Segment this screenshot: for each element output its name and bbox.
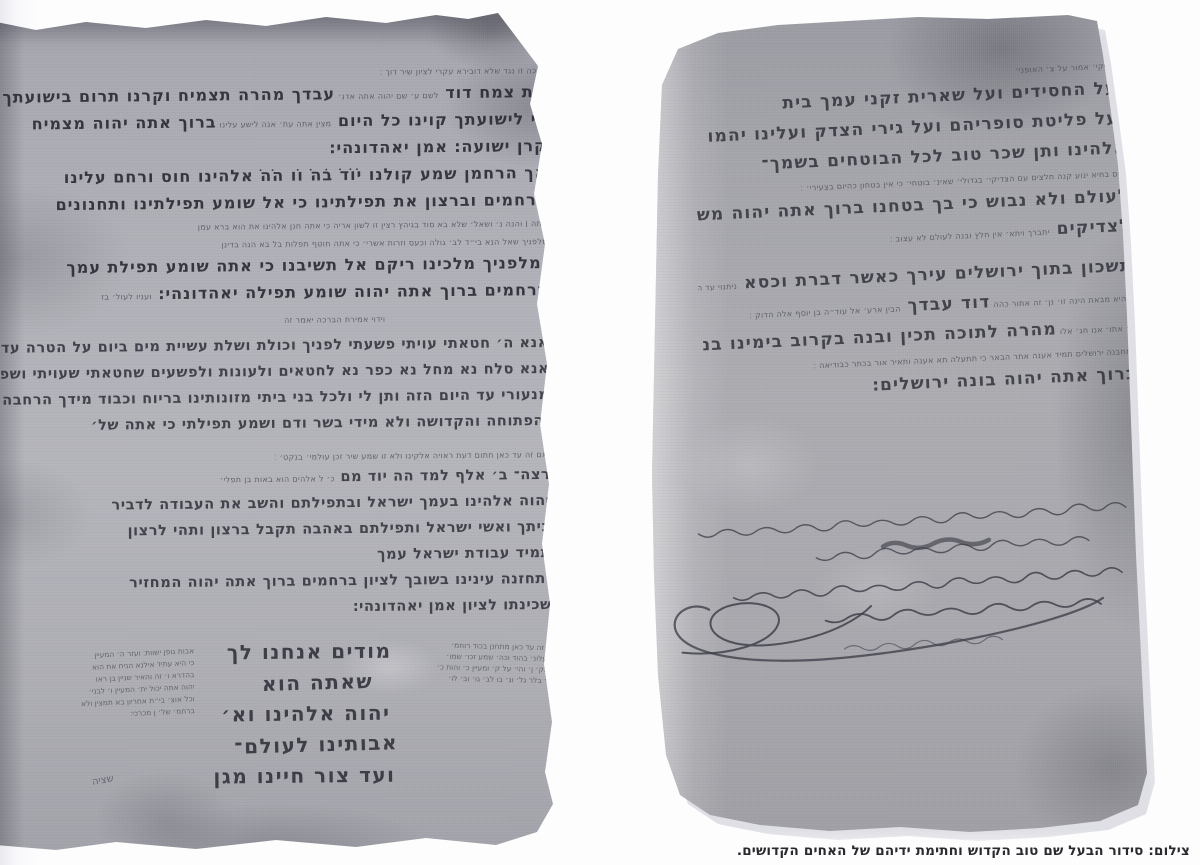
manuscript-segment: לשם ע׳ שם יהוה אתה אדנ׳: [335, 91, 439, 101]
manuscript-segment: ברוך אתה יהוה בונה ירושלים׃: [872, 364, 1138, 396]
manuscript-segment: ואם זה עד כאן חתום דעת ראויה אלקינו ולא …: [274, 450, 550, 462]
left-page-text-block: ברכה זו נגד שלא דובירא עקרי לציון שיר דו…: [0, 60, 554, 795]
signature-loop-left: [681, 599, 873, 654]
manuscript-line: ועד צור חיינו מגן: [189, 759, 419, 792]
manuscript-segment: אתה ׀ והנה נ׳ ושאל׳ שלא בא סוד בגיהץ רצי…: [198, 219, 548, 232]
modim-prayer-block: כי זה עד כאן מתחנן בכוד רוחמ׳מעלונ׳ בהוד…: [4, 634, 554, 795]
manuscript-line: מודים אנחנו לך: [194, 635, 424, 668]
manuscript-segment: תמיד עבודת ישראל עמך: [377, 545, 551, 563]
manuscript-segment: והפתוחה והקדושה ולא מידי בשר ודם ושמע תפ…: [91, 413, 550, 434]
signature-flourish-1: [698, 502, 1126, 537]
manuscript-segment: ביתך ואשי ישראל ותפילתם באהבה תקבל ברצון…: [127, 519, 551, 539]
manuscript-segment: אך הרחמן שמע קולנו יֹוֹדֹ בֹהֹ וֹו הֹהֹ …: [64, 163, 548, 187]
manuscript-line: שאתה הוא: [202, 664, 433, 701]
manuscript-segment: ברוך אתה יהוה מצמיח: [32, 112, 217, 133]
manuscript-segment: אנא סלח נא מחל נא כפר נא לחטאים ולעונות …: [1, 361, 549, 384]
manuscript-segment: מצין אתה עת׳ אנה לישע עלינו: [217, 119, 332, 129]
left-manuscript-page: ברכה זו נגד שלא דובירא עקרי לציון שיר דו…: [0, 4, 558, 854]
manuscript-segment: רצה־ ב׳ אלף למד הה יוד מם: [335, 467, 551, 485]
modim-main-lines: מודים אנחנו לךשאתה הואיהוה אלהינו וא׳אבו…: [194, 635, 426, 792]
manuscript-line: אבותינו לעולם־: [201, 726, 432, 763]
manuscript-segment: לצדיקים: [1049, 216, 1131, 240]
caption-text: צילום: סידור הבעל שם טוב הקדוש וחתימת יד…: [737, 843, 1190, 859]
manuscript-segment: דוד עבדך: [900, 292, 991, 316]
modim-right-glosses: כי זה עד כאן מתחנן בכוד רוחמ׳מעלונ׳ בהוד…: [424, 634, 553, 685]
manuscript-line: שכינתו לציון אמן יאהדונהי׃: [4, 592, 552, 624]
handwritten-signatures-block: [657, 477, 1143, 674]
manuscript-segment: אנא ה׳ חטאתי עויתי פשעתי לפניך וכולת ושל…: [1, 335, 549, 357]
manuscript-segment: את צמח דוד: [439, 82, 547, 102]
right-manuscript-page: והצדיקי׳ אמור על צ׳ האופני׳ועל החסידים ו…: [648, 15, 1153, 833]
manuscript-segment: כ׳ ל אלהים הוא באות בן תפלי׳: [220, 474, 335, 484]
right-page-lines: והצדיקי׳ אמור על צ׳ האופני׳ועל החסידים ו…: [688, 55, 1138, 408]
manuscript-line: יהוה אלהינו וא׳: [191, 697, 421, 730]
manuscript-segment: וידוי אמירת הברכה יאמר זה: [284, 315, 385, 325]
modim-margin-notes: אבות גופן ישוות׃ ועזר ה׳ המעייןכי היא עת…: [44, 638, 195, 722]
manuscript-segment: מלפניך שאל הנא בי״ד לב׳ גולה וכעס וזרות …: [221, 237, 548, 249]
manuscript-segment: יהוה אלהינו בעמך ישראל ובתפילתם והשב את …: [111, 493, 550, 514]
manuscript-segment: ניתנוי עד הוד דו׳ הראוי׳ לן׳ אשל׳ בין ׃: [697, 282, 737, 297]
signature-flourish-5: [844, 636, 1002, 651]
manuscript-segment: ותחזנה עינינו בשובך לציון ברחמים ברוך את…: [129, 571, 551, 591]
manuscript-segment: שכינתו לציון אמן יאהדונהי׃: [353, 597, 552, 615]
manuscript-segment: ברחמים וברצון את תפילתינו כי אל שומע תפי…: [55, 190, 547, 214]
right-page-text-block: והצדיקי׳ אמור על צ׳ האופני׳ועל החסידים ו…: [688, 55, 1138, 408]
manuscript-segment: ש׳ אתו׳ אנו חג׳ אלו: [1057, 324, 1136, 337]
signature-flourish-3: [733, 567, 1122, 600]
manuscript-segment: עבדך מהרה תצמיח וקרנו תרום בישועתך: [2, 84, 335, 106]
manuscript-segment: והצדיקי׳ אמור על צ׳ האופני׳: [1015, 61, 1124, 75]
manuscript-segment: ל היא מבאת הינה זו׳ נן׳ זה אתור כהה: [990, 294, 1134, 310]
manuscript-segment: ועניו לעול׳ בז: [101, 292, 152, 302]
manuscript-segment: יתברך ויתא׳ אין חלץ ובנה לעולם לא עצוב ׃: [890, 228, 1050, 244]
manuscript-segment: ומלפניך מלכינו ריקם אל תשיבנו כי אתה שומ…: [66, 253, 548, 277]
manuscript-segment: מנעורי עד היום הזה ותן לי ולכל בני ביתי …: [2, 387, 549, 409]
manuscript-segment: כי לישועתך קוינו כל היום: [331, 109, 546, 130]
manuscript-segment: הבין ארע׳ אל עוד״ה בן יוסף אלה הדוק ׃: [749, 304, 901, 320]
signature-flourishes: [657, 477, 1143, 674]
photo-caption: צילום: סידור הבעל שם טוב הקדוש וחתימת יד…: [737, 840, 1190, 859]
manuscript-line: ק׳ בלר גל׳ וג׳ בו לב׳ גו׳ וב׳ לו׳: [424, 672, 552, 686]
right-page-paper: והצדיקי׳ אמור על צ׳ האופני׳ועל החסידים ו…: [648, 15, 1153, 833]
manuscript-segment: ברחמים ברוך אתה יהוה שומע תפילה יאהדונהי…: [152, 280, 549, 303]
manuscript-line: ברחמים ברוך אתה יהוה שומע תפילה יאהדונהי…: [0, 276, 548, 309]
manuscript-segment: ברכה זו נגד שלא דובירא עקרי לציון שיר דו…: [380, 66, 546, 77]
manuscript-segment: קרן ישועה׃ אמן יאהדונהי׃: [329, 136, 547, 157]
left-page-paper: ברכה זו נגד שלא דובירא עקרי לציון שיר דו…: [0, 4, 558, 854]
left-page-lines: ברכה זו נגד שלא דובירא עקרי לציון שיר דו…: [0, 60, 552, 624]
